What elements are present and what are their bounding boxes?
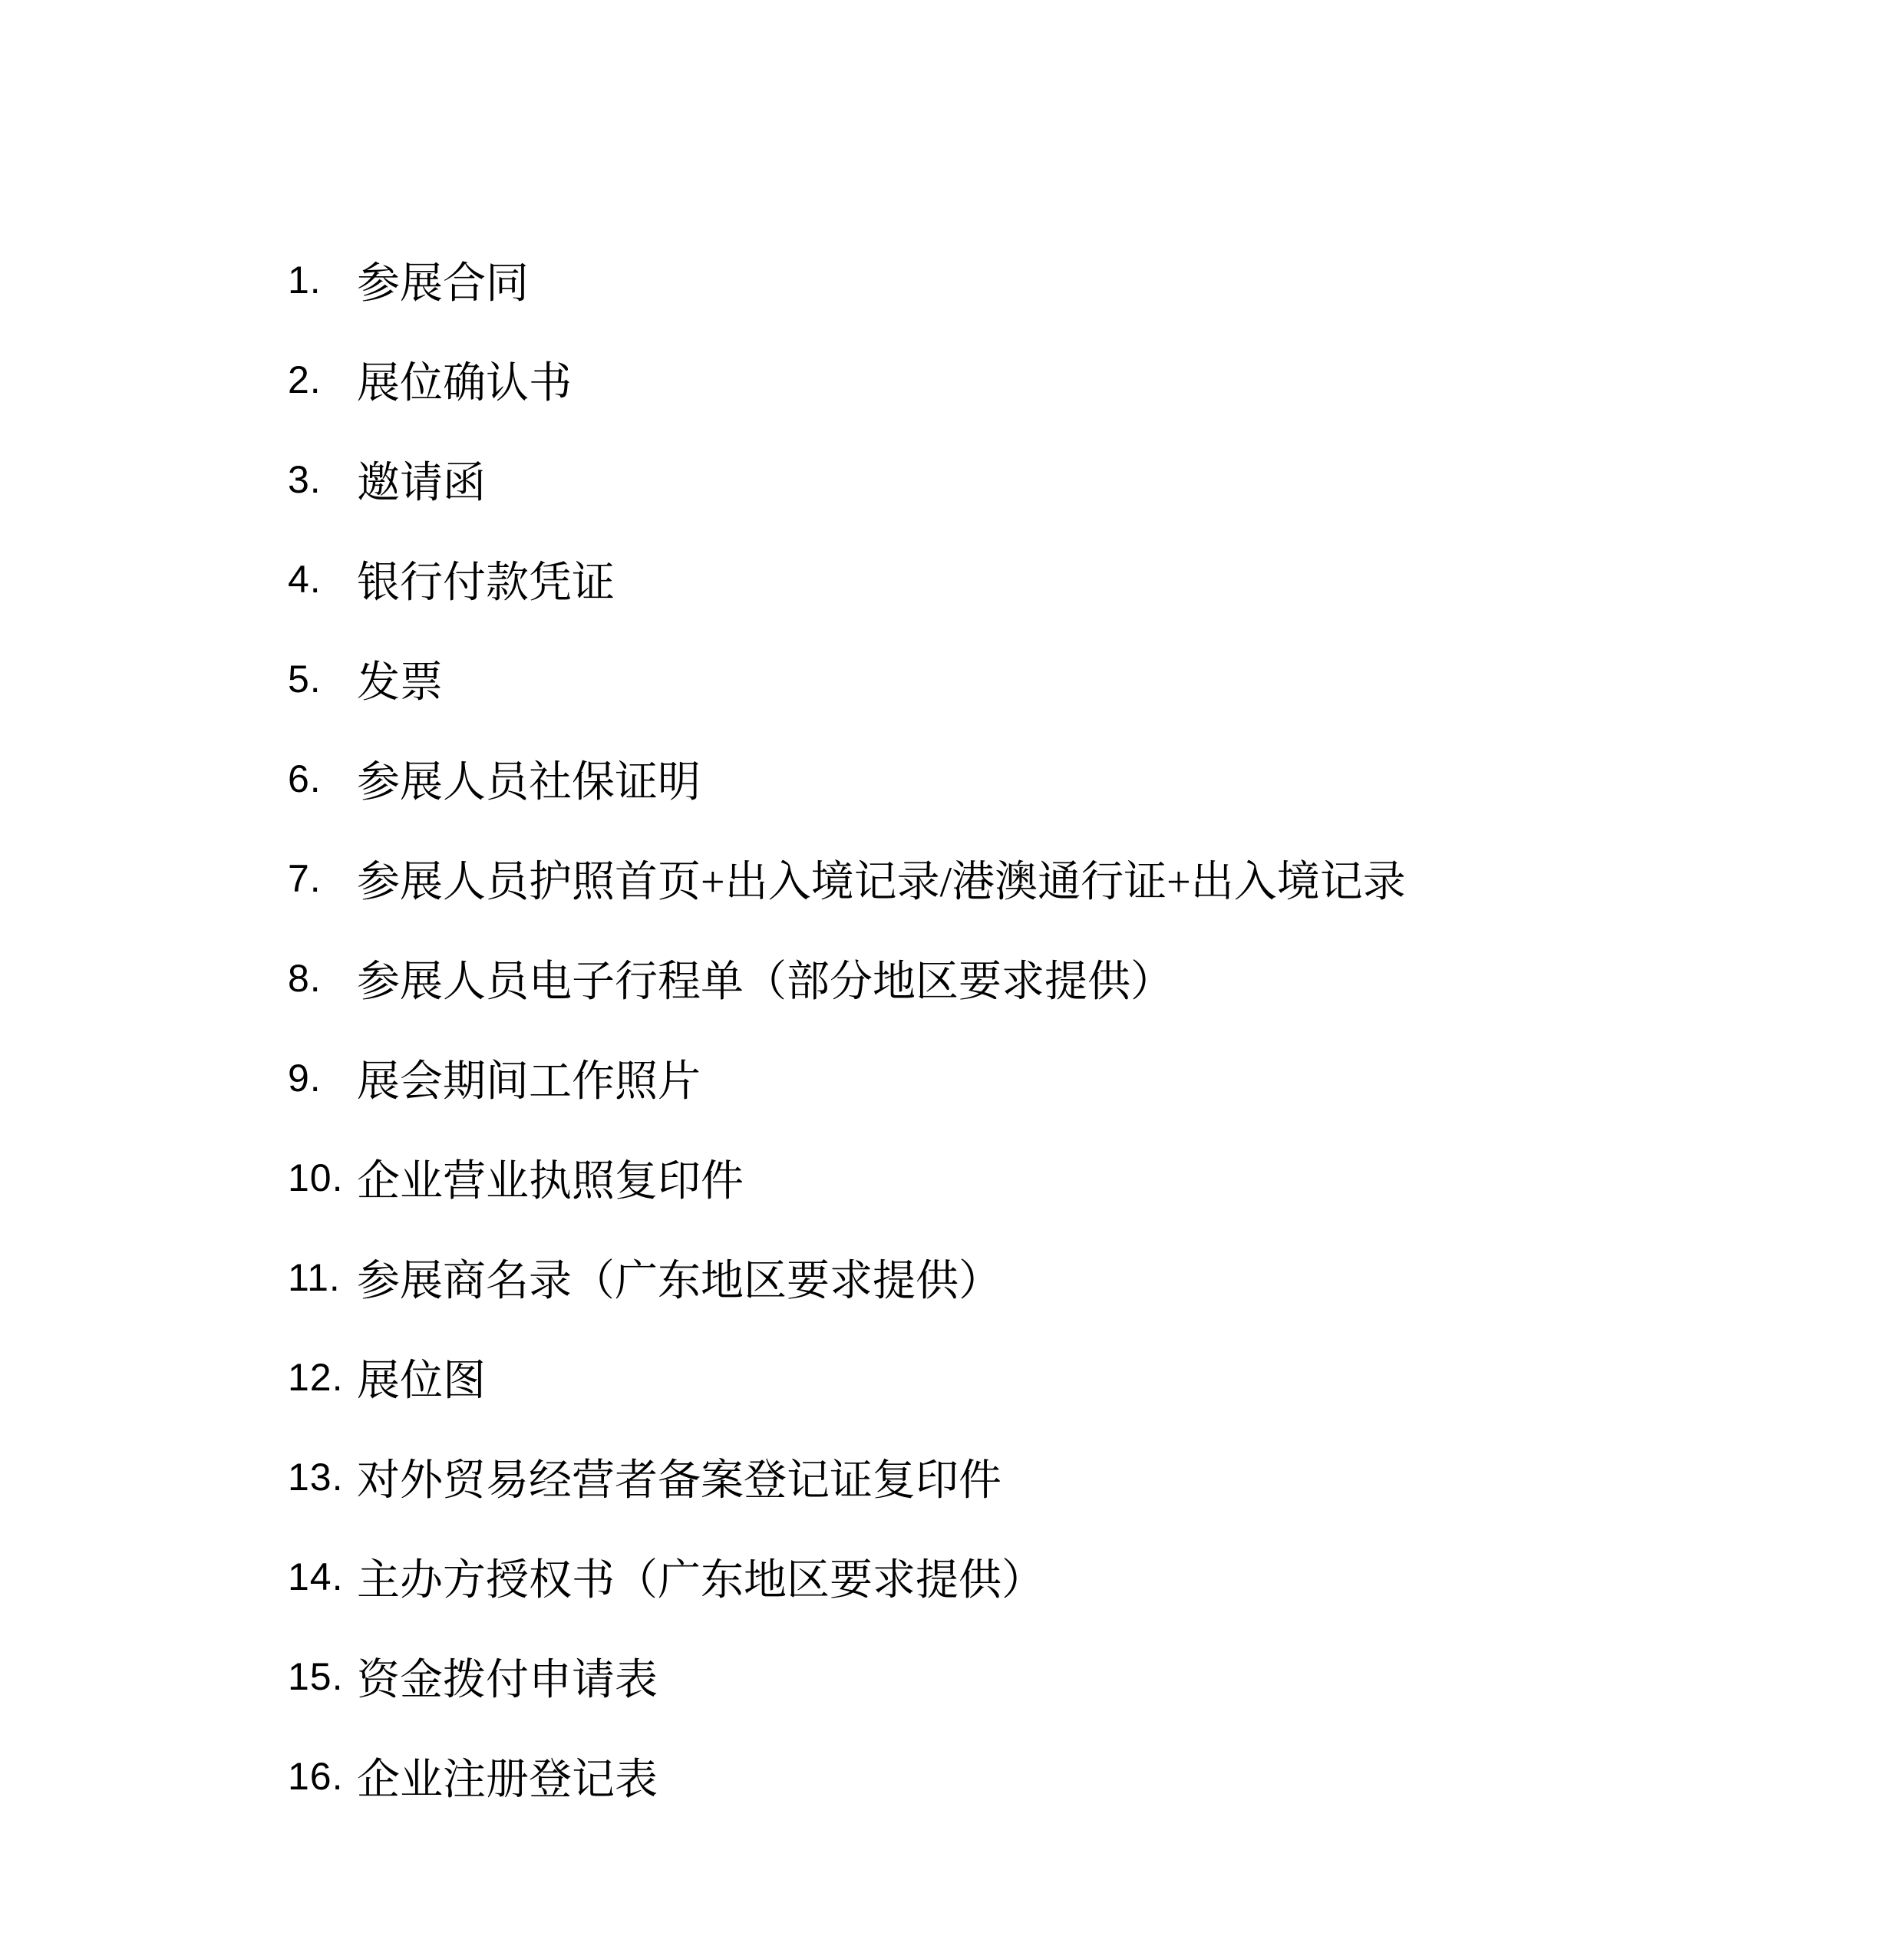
- item-text: 参展人员护照首页+出入境记录/港澳通行证+出入境记录: [357, 848, 1406, 909]
- list-item: 2. 展位确认书: [288, 330, 1406, 430]
- item-text: 邀请函: [357, 449, 486, 510]
- item-number: 7.: [288, 856, 357, 901]
- item-text: 资金拨付申请表: [357, 1646, 658, 1707]
- item-number: 12.: [288, 1355, 357, 1400]
- item-number: 6.: [288, 757, 357, 801]
- item-text: 企业注册登记表: [357, 1746, 658, 1807]
- item-text: 银行付款凭证: [357, 549, 615, 610]
- item-number: 9.: [288, 1056, 357, 1100]
- list-item: 8. 参展人员电子行程单（部分地区要求提供）: [288, 928, 1406, 1028]
- document-page: 1. 参展合同 2. 展位确认书 3. 邀请函 4. 银行付款凭证 5. 发票 …: [0, 0, 1904, 1959]
- list-item: 1. 参展合同: [288, 230, 1406, 330]
- item-number: 15.: [288, 1654, 357, 1699]
- list-item: 10. 企业营业执照复印件: [288, 1128, 1406, 1228]
- list-item: 4. 银行付款凭证: [288, 529, 1406, 629]
- list-item: 12. 展位图: [288, 1327, 1406, 1427]
- item-number: 1.: [288, 258, 357, 302]
- item-number: 3.: [288, 457, 357, 502]
- item-text: 参展合同: [357, 249, 529, 311]
- item-number: 16.: [288, 1754, 357, 1799]
- item-text: 企业营业执照复印件: [357, 1147, 744, 1209]
- item-text: 参展商名录（广东地区要求提供）: [357, 1247, 1001, 1308]
- list-item: 11. 参展商名录（广东地区要求提供）: [288, 1228, 1406, 1327]
- item-number: 10.: [288, 1156, 357, 1200]
- list-item: 14. 主办方授权书（广东地区要求提供）: [288, 1527, 1406, 1627]
- item-text: 展位图: [357, 1347, 486, 1408]
- item-text: 展位确认书: [357, 349, 572, 411]
- required-documents-list: 1. 参展合同 2. 展位确认书 3. 邀请函 4. 银行付款凭证 5. 发票 …: [288, 230, 1406, 1826]
- item-number: 4.: [288, 557, 357, 602]
- item-text: 参展人员电子行程单（部分地区要求提供）: [357, 948, 1173, 1009]
- list-item: 5. 发票: [288, 629, 1406, 729]
- item-text: 发票: [357, 648, 443, 710]
- item-number: 5.: [288, 657, 357, 701]
- list-item: 7. 参展人员护照首页+出入境记录/港澳通行证+出入境记录: [288, 829, 1406, 928]
- item-text: 展会期间工作照片: [357, 1047, 701, 1109]
- list-item: 15. 资金拨付申请表: [288, 1627, 1406, 1726]
- list-item: 13. 对外贸易经营者备案登记证复印件: [288, 1427, 1406, 1527]
- item-text: 对外贸易经营者备案登记证复印件: [357, 1446, 1001, 1508]
- list-item: 9. 展会期间工作照片: [288, 1028, 1406, 1128]
- list-item: 3. 邀请函: [288, 430, 1406, 529]
- item-number: 14.: [288, 1555, 357, 1599]
- item-number: 13.: [288, 1455, 357, 1499]
- list-item: 16. 企业注册登记表: [288, 1726, 1406, 1826]
- item-number: 2.: [288, 358, 357, 402]
- item-text: 主办方授权书（广东地区要求提供）: [357, 1546, 1044, 1608]
- item-number: 8.: [288, 956, 357, 1001]
- item-text: 参展人员社保证明: [357, 748, 701, 810]
- item-number: 11.: [288, 1255, 357, 1300]
- list-item: 6. 参展人员社保证明: [288, 729, 1406, 829]
